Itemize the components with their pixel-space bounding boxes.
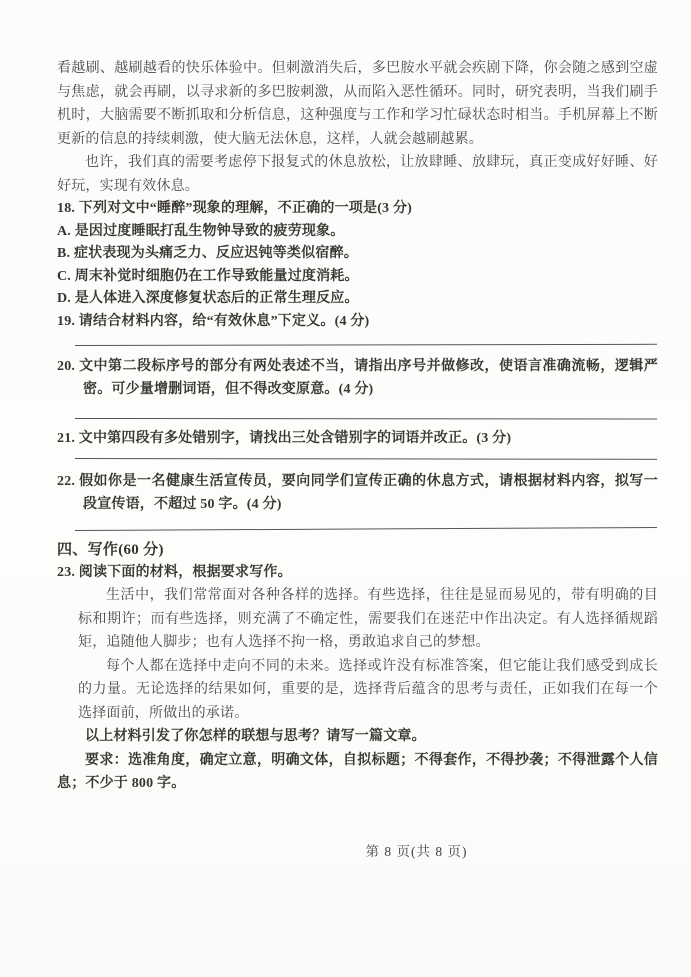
question-21-stem: 21. 文中第四段有多处错别字，请找出三处含错别字的词语并改正。(3 分) (57, 428, 658, 451)
writing-section-heading: 四、写作(60 分) (57, 538, 658, 562)
essay-material-paragraph-1: 生活中，我们常常面对各种各样的选择。有些选择，往往是显而易见的，带有明确的目标和… (78, 584, 658, 655)
material-paragraph-2: 也许，我们真的需要考虑停下报复式的休息放松，让放肆睡、放肆玩，真正变成好好睡、好… (57, 151, 658, 198)
question-18-option-d: D. 是人体进入深度修复状态后的正常生理反应。 (57, 288, 658, 311)
answer-rule-line (75, 418, 657, 420)
question-18-option-a: A. 是因过度睡眠打乱生物钟导致的疲劳现象。 (57, 221, 658, 244)
essay-material: 生活中，我们常常面对各种各样的选择。有些选择，往往是显而易见的，带有明确的目标和… (78, 584, 658, 725)
question-18-stem: 18. 下列对文中“睡醉”现象的理解，不正确的一项是(3 分) (57, 198, 658, 221)
question-22-stem: 22. 假如你是一名健康生活宣传员，要向同学们宣传正确的休息方式，请根据材料内容… (57, 470, 658, 517)
question-23-stem: 23. 阅读下面的材料，根据要求写作。 (57, 562, 658, 585)
essay-material-paragraph-2: 每个人都在选择中走向不同的未来。选择或许没有标准答案，但它能让我们感受到成长的力… (78, 655, 658, 726)
material-paragraph-1: 看越刷、越刷越看的快乐体验中。但刺激消失后，多巴胺水平就会疾剧下降，你会随之感到… (57, 57, 658, 151)
essay-requirements: 要求：选准角度，确定立意，明确文体，自拟标题；不得套作，不得抄袭；不得泄露个人信… (57, 749, 658, 796)
page-number: 第 8 页(共 8 页) (366, 844, 468, 859)
question-19-stem: 19. 请结合材料内容，给“有效休息”下定义。(4 分) (57, 311, 658, 334)
question-18-option-c: C. 周末补觉时细胞仍在工作导致能量过度消耗。 (57, 266, 658, 289)
essay-prompt: 以上材料引发了你怎样的联想与思考？请写一篇文章。 (57, 725, 658, 749)
exam-page: 看越刷、越刷越看的快乐体验中。但刺激消失后，多巴胺水平就会疾剧下降，你会随之感到… (0, 0, 691, 977)
question-23: 23. 阅读下面的材料，根据要求写作。 生活中，我们常常面对各种各样的选择。有些… (57, 562, 658, 796)
answer-rule-line (75, 458, 657, 460)
question-22: 22. 假如你是一名健康生活宣传员，要向同学们宣传正确的休息方式，请根据材料内容… (57, 470, 658, 517)
question-21: 21. 文中第四段有多处错别字，请找出三处含错别字的词语并改正。(3 分) (57, 428, 658, 451)
question-20: 20. 文中第二段标序号的部分有两处表述不当，请指出序号并做修改，使语言准确流畅… (57, 355, 658, 401)
question-18: 18. 下列对文中“睡醉”现象的理解，不正确的一项是(3 分) A. 是因过度睡… (57, 198, 658, 311)
question-18-option-b: B. 症状表现为头痛乏力、反应迟钝等类似宿醉。 (57, 243, 658, 266)
answer-rule-line (75, 344, 657, 346)
page-footer: 第 8 页(共 8 页) (57, 840, 658, 860)
question-20-stem: 20. 文中第二段标序号的部分有两处表述不当，请指出序号并做修改，使语言准确流畅… (57, 355, 658, 401)
reading-material: 看越刷、越刷越看的快乐体验中。但刺激消失后，多巴胺水平就会疾剧下降，你会随之感到… (57, 57, 658, 198)
question-19: 19. 请结合材料内容，给“有效休息”下定义。(4 分) (57, 311, 658, 334)
answer-rule-line (75, 526, 657, 530)
